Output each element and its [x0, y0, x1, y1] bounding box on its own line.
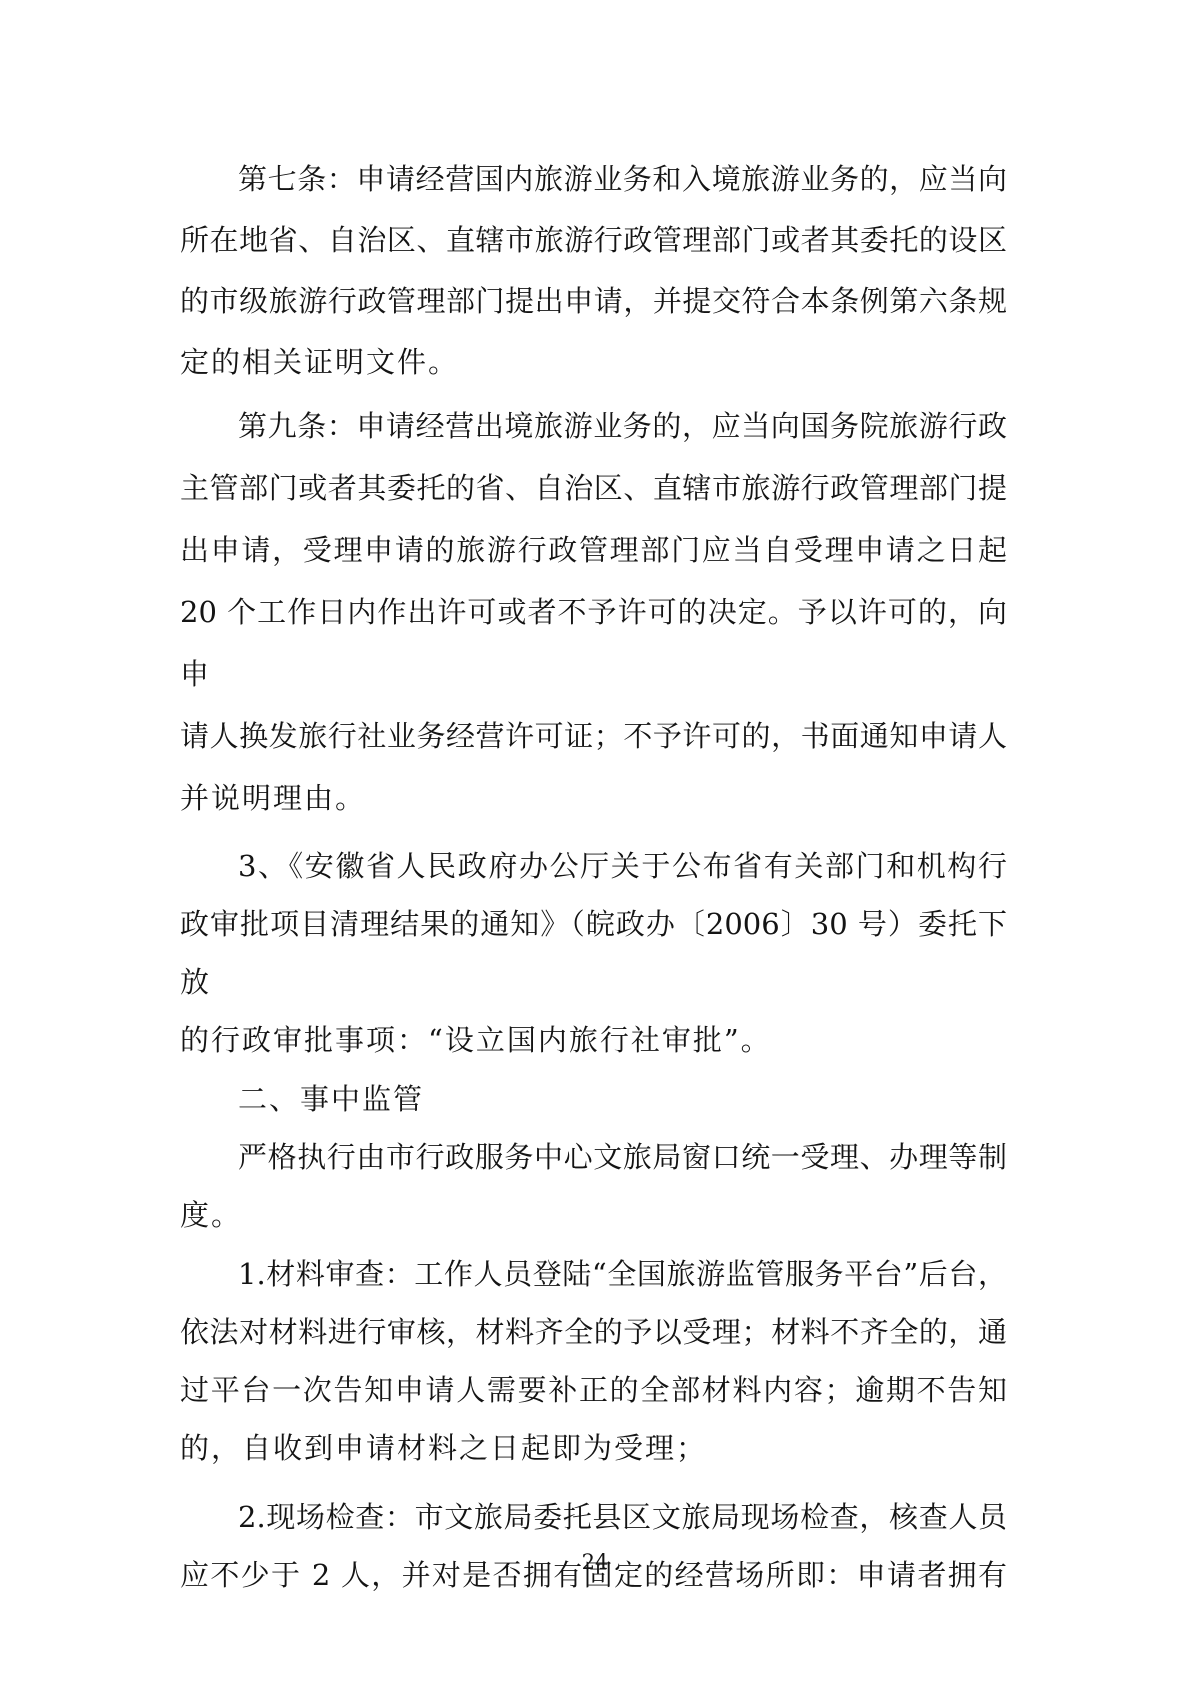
- text-line: 过平台一次告知申请人需要补正的全部材料内容；逾期不告知: [180, 1361, 1007, 1419]
- text-line: 主管部门或者其委托的省、自治区、直辖市旅游行政管理部门提: [180, 457, 1007, 519]
- text-line: 第七条：申请经营国内旅游业务和入境旅游业务的，应当向: [180, 149, 1007, 210]
- paragraph-article-7: 第七条：申请经营国内旅游业务和入境旅游业务的，应当向所在地省、自治区、直辖市旅游…: [180, 149, 1007, 393]
- text-line: 第九条：申请经营出境旅游业务的，应当向国务院旅游行政: [180, 395, 1007, 457]
- text-line: 二、事中监管: [180, 1070, 1007, 1128]
- paragraph-window-acceptance-system: 严格执行由市行政服务中心文旅局窗口统一受理、办理等制度。: [180, 1128, 1007, 1244]
- text-line: 依法对材料进行审核，材料齐全的予以受理；材料不齐全的，通: [180, 1303, 1007, 1361]
- text-line: 的，自收到申请材料之日起即为受理；: [180, 1419, 1007, 1477]
- page-number: 24: [0, 1552, 1190, 1573]
- text-line: 出申请，受理申请的旅游行政管理部门应当自受理申请之日起: [180, 519, 1007, 581]
- document-body: 第七条：申请经营国内旅游业务和入境旅游业务的，应当向所在地省、自治区、直辖市旅游…: [180, 149, 1007, 1604]
- paragraph-item-3-anhui-notice: 3、《安徽省人民政府办公厅关于公布省有关部门和机构行政审批项目清理结果的通知》（…: [180, 837, 1007, 1069]
- text-line: 定的相关证明文件。: [180, 332, 1007, 393]
- text-line: 的市级旅游行政管理部门提出申请，并提交符合本条例第六条规: [180, 271, 1007, 332]
- text-line: 的行政审批事项：“设立国内旅行社审批”。: [180, 1011, 1007, 1069]
- paragraph-heading-in-process-supervision: 二、事中监管: [180, 1070, 1007, 1128]
- text-line: 所在地省、自治区、直辖市旅游行政管理部门或者其委托的设区: [180, 210, 1007, 271]
- text-line: 2.现场检查：市文旅局委托县区文旅局现场检查，核查人员: [180, 1488, 1007, 1546]
- paragraph-step-2-site-inspection: 2.现场检查：市文旅局委托县区文旅局现场检查，核查人员应不少于 2 人，并对是否…: [180, 1488, 1007, 1604]
- text-line: 政审批项目清理结果的通知》（皖政办〔2006〕30 号）委托下放: [180, 895, 1007, 1011]
- text-line: 度。: [180, 1186, 1007, 1244]
- text-line: 1.材料审查：工作人员登陆“全国旅游监管服务平台”后台，: [180, 1245, 1007, 1303]
- text-line: 并说明理由。: [180, 767, 1007, 829]
- text-line: 请人换发旅行社业务经营许可证；不予许可的，书面通知申请人: [180, 705, 1007, 767]
- text-line: 20 个工作日内作出许可或者不予许可的决定。予以许可的，向申: [180, 581, 1007, 705]
- document-page: 第七条：申请经营国内旅游业务和入境旅游业务的，应当向所在地省、自治区、直辖市旅游…: [0, 0, 1190, 1683]
- paragraph-article-9: 第九条：申请经营出境旅游业务的，应当向国务院旅游行政主管部门或者其委托的省、自治…: [180, 395, 1007, 829]
- text-line: 3、《安徽省人民政府办公厅关于公布省有关部门和机构行: [180, 837, 1007, 895]
- paragraph-step-1-material-review: 1.材料审查：工作人员登陆“全国旅游监管服务平台”后台，依法对材料进行审核，材料…: [180, 1245, 1007, 1477]
- text-line: 严格执行由市行政服务中心文旅局窗口统一受理、办理等制: [180, 1128, 1007, 1186]
